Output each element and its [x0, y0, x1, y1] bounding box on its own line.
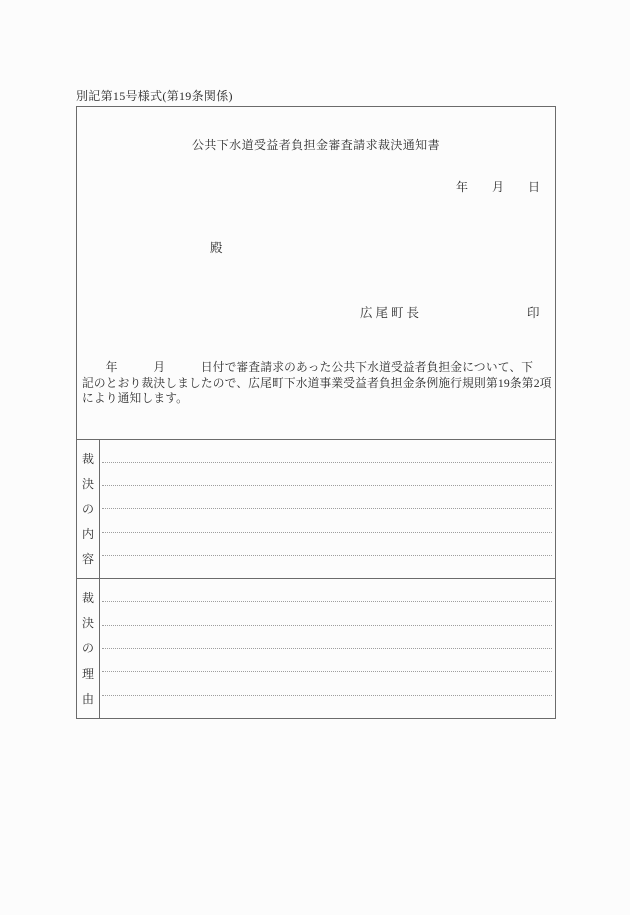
fill-line — [102, 485, 552, 486]
document-box: 公共下水道受益者負担金審査請求裁決通知書 年 月 日 殿 広尾町長 印 年 月 … — [76, 106, 556, 719]
label-char: 容 — [82, 553, 94, 565]
label-char: 決 — [82, 478, 94, 490]
label-char: 決 — [82, 617, 94, 629]
letterhead-section: 公共下水道受益者負担金審査請求裁決通知書 年 月 日 殿 広尾町長 印 年 月 … — [77, 107, 555, 440]
fill-line — [102, 508, 552, 509]
label-char: 裁 — [82, 453, 94, 465]
fill-line — [102, 555, 552, 556]
fill-line — [102, 601, 552, 602]
label-char: 内 — [82, 528, 94, 540]
fill-line — [102, 532, 552, 533]
label-char: 裁 — [82, 592, 94, 604]
label-char: 由 — [82, 693, 94, 705]
table-row-decision-reason: 裁 決 の 理 由 — [77, 579, 555, 718]
sender-name: 広尾町長 — [360, 303, 422, 321]
label-char: 理 — [82, 668, 94, 680]
decision-content-fill-area — [100, 440, 555, 578]
label-char: の — [82, 503, 94, 515]
seal-mark: 印 — [527, 303, 540, 321]
row-label-decision-reason: 裁 決 の 理 由 — [77, 579, 100, 718]
document-page: 別記第15号様式(第19条関係) 公共下水道受益者負担金審査請求裁決通知書 年 … — [0, 0, 630, 915]
label-char: の — [82, 642, 94, 654]
decision-reason-fill-area — [100, 579, 555, 718]
fill-line — [102, 648, 552, 649]
row-label-decision-content: 裁 決 の 内 容 — [77, 440, 100, 578]
date-line: 年 月 日 — [456, 178, 540, 195]
table-row-decision-content: 裁 決 の 内 容 — [77, 440, 555, 579]
body-paragraph: 年 月 日付で審査請求のあった公共下水道受益者負担金について、下 記のとおり裁決… — [82, 360, 554, 407]
form-number-label: 別記第15号様式(第19条関係) — [76, 87, 233, 104]
fill-line — [102, 625, 552, 626]
fill-line — [102, 671, 552, 672]
fill-line — [102, 462, 552, 463]
addressee-suffix: 殿 — [210, 238, 223, 256]
document-title: 公共下水道受益者負担金審査請求裁決通知書 — [77, 136, 555, 153]
fill-line — [102, 695, 552, 696]
